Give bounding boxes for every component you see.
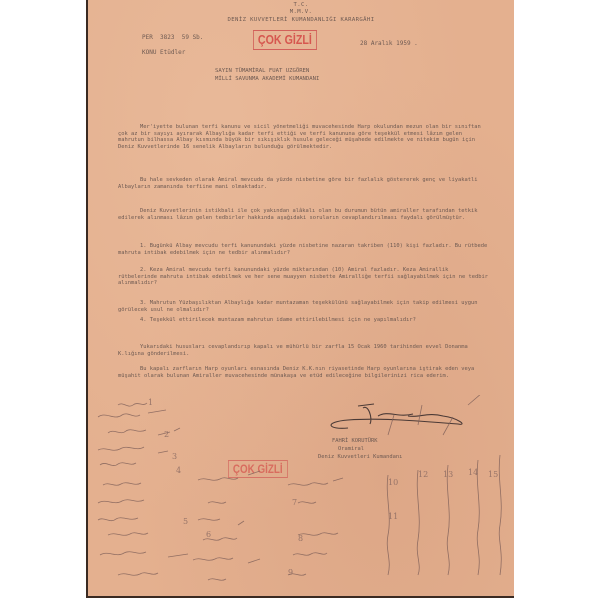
handwritten-number-15: 15 [488,470,498,479]
handwritten-number-14: 14 [468,468,478,477]
classified-stamp: ÇOK GİZLİ [253,30,317,50]
paragraph-3: Deniz Kuvvetlerinin istikbali ile çok ya… [118,208,488,221]
handwritten-number-11: 11 [388,512,398,521]
question-4: 4. Teşekkül ettirilecek muntazam mahrutu… [118,317,488,324]
handwritten-number-7: 7 [292,498,297,507]
header-line-3: DENİZ KUVVETLERİ KUMANDANLIĞI KARARGÂHI [88,17,514,23]
handwritten-number-6: 6 [206,530,211,539]
handwritten-number-12: 12 [418,470,428,479]
handwritten-number-13: 13 [443,470,453,479]
closing-paragraph-2: Bu kapalı zarfların Harp oyunları esnası… [118,366,488,379]
handwritten-number-9: 9 [288,568,293,577]
document-page: T.C. M.M.V. DENİZ KUVVETLERİ KUMANDANLIĞ… [86,0,514,598]
addressee-line-2: MİLLİ SAVUNMA AKADEMİ KUMANDANI [215,76,319,82]
paragraph-1: Mer'iyette bulunan terfi kanunu ve sicil… [118,124,488,150]
paragraph-2: Bu hale sevkeden olarak Amiral mevcudu d… [118,177,488,190]
header-line-1: T.C. [88,2,514,8]
handwritten-number-10: 10 [388,478,398,487]
subject-line: KONU Etüdler [142,49,185,56]
addressee-line-1: SAYIN TÜMAMİRAL FUAT UZGÖREN [215,68,309,74]
handwritten-number-4: 4 [176,466,181,475]
handwritten-number-3: 3 [172,452,177,461]
handwritten-number-1: 1 [148,398,153,407]
header-line-2: M.M.V. [88,9,514,15]
handwritten-number-8: 8 [298,534,303,543]
handwritten-annotations [88,395,516,595]
reference-number: PER 3823 59 Sb. [142,34,203,41]
document-date: 28 Aralık 1959 . [360,40,418,47]
question-3: 3. Mahrutun Yüzbaşılıktan Albaylığa kada… [118,300,488,313]
handwritten-number-5: 5 [183,517,188,526]
closing-paragraph-1: Yukarıdaki hususları cevaplandırıp kapal… [118,344,488,357]
question-1: 1. Bugünkü Albay mevcudu terfi kanununda… [118,243,488,256]
question-2: 2. Keza Amiral mevcudu terfi kanunundaki… [118,267,488,287]
handwritten-number-2: 2 [164,430,169,439]
